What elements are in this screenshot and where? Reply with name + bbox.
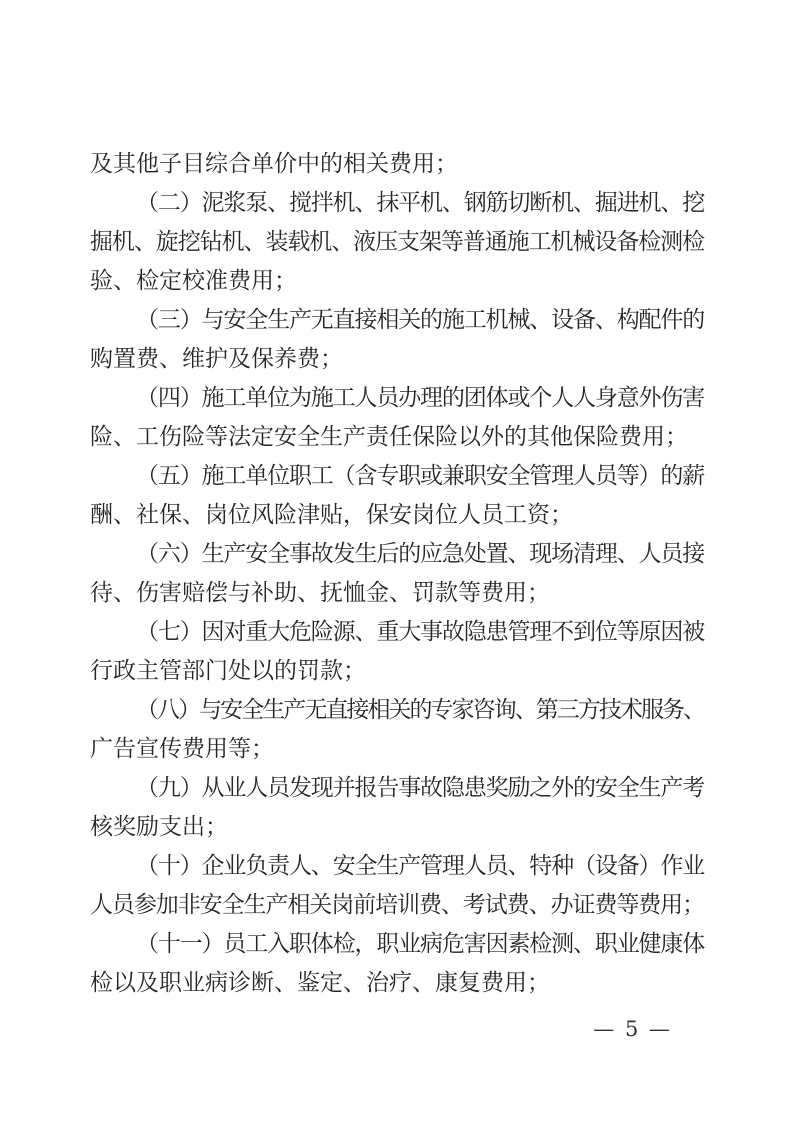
text-line: 待、伤害赔偿与补助、抚恤金、罚款等费用； — [90, 574, 704, 613]
text-line: 掘机、旋挖钻机、装载机、液压支架等普通施工机械设备检测检 — [90, 223, 704, 262]
text-line: （十）企业负责人、安全生产管理人员、特种（设备）作业 — [90, 847, 704, 886]
text-line: （七）因对重大危险源、重大事故隐患管理不到位等原因被 — [90, 613, 704, 652]
text-line: （六）生产安全事故发生后的应急处置、现场清理、人员接 — [90, 535, 704, 574]
text-line: （二）泥浆泵、搅拌机、抹平机、钢筋切断机、掘进机、挖 — [90, 184, 704, 223]
text-line: （十一）员工入职体检，职业病危害因素检测、职业健康体 — [90, 925, 704, 964]
text-line: 验、检定校准费用； — [90, 262, 704, 301]
text-line: 酬、社保、岗位风险津贴，保安岗位人员工资； — [90, 496, 704, 535]
document-body: 及其他子目综合单价中的相关费用；（二）泥浆泵、搅拌机、抹平机、钢筋切断机、掘进机… — [90, 145, 704, 1003]
text-line: 检以及职业病诊断、鉴定、治疗、康复费用； — [90, 964, 704, 1003]
text-line: 人员参加非安全生产相关岗前培训费、考试费、办证费等费用； — [90, 886, 704, 925]
text-line: （三）与安全生产无直接相关的施工机械、设备、构配件的 — [90, 301, 704, 340]
text-line: 行政主管部门处以的罚款； — [90, 652, 704, 691]
text-line: （五）施工单位职工（含专职或兼职安全管理人员等）的薪 — [90, 457, 704, 496]
text-line: （八）与安全生产无直接相关的专家咨询、第三方技术服务、 — [90, 691, 704, 730]
text-line: 核奖励支出； — [90, 808, 704, 847]
document-page: 及其他子目综合单价中的相关费用；（二）泥浆泵、搅拌机、抹平机、钢筋切断机、掘进机… — [0, 0, 800, 1132]
text-line: 广告宣传费用等； — [90, 730, 704, 769]
text-line: （九）从业人员发现并报告事故隐患奖励之外的安全生产考 — [90, 769, 704, 808]
text-line: 及其他子目综合单价中的相关费用； — [90, 145, 704, 184]
page-number: — 5 — — [593, 1014, 672, 1044]
text-line: （四）施工单位为施工人员办理的团体或个人人身意外伤害 — [90, 379, 704, 418]
text-line: 购置费、维护及保养费； — [90, 340, 704, 379]
text-line: 险、工伤险等法定安全生产责任保险以外的其他保险费用； — [90, 418, 704, 457]
